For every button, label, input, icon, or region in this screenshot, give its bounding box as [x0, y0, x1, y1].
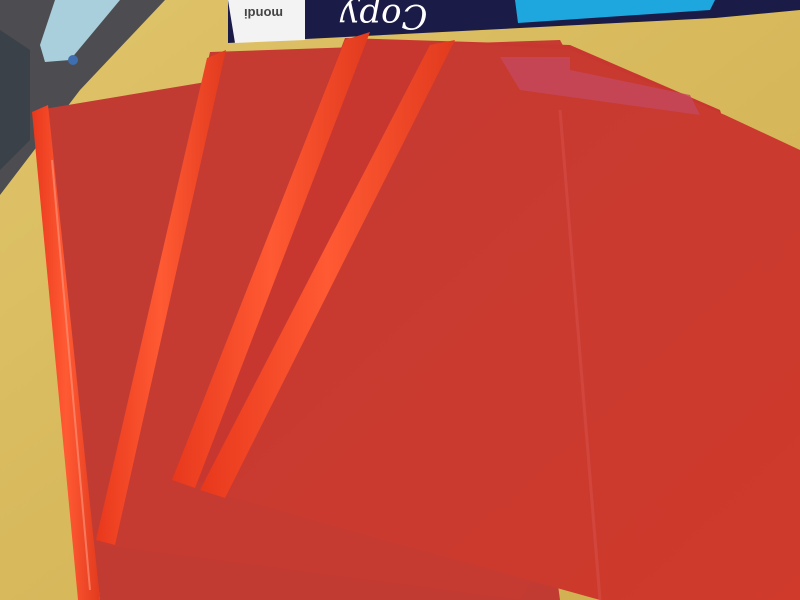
box-product-name: Copy [340, 0, 427, 36]
box-brand-logo: mondi [244, 6, 283, 21]
chair-wheel [68, 55, 78, 65]
photo-scene [0, 0, 800, 600]
